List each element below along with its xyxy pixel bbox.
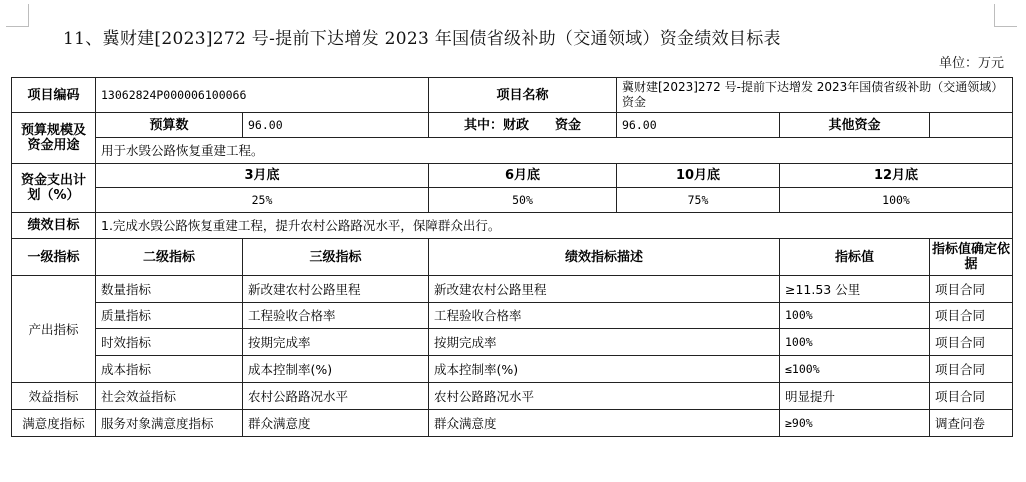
unit-label: 单位：万元 [939,52,1004,71]
goal-label: 绩效目标 [12,213,96,239]
level1-indicator: 产出指标 [12,276,96,383]
project-code-value: 13062824P000006100066 [96,78,429,113]
indicator-basis: 调查问卷 [930,410,1013,437]
indicator-description: 农村公路路况水平 [429,383,780,410]
level3-indicator: 农村公路路况水平 [243,383,429,410]
indicator-description: 新改建农村公路里程 [429,276,780,303]
indicator-row: 效益指标 社会效益指标 农村公路路况水平 农村公路路况水平 明显提升 项目合同 [12,383,1013,410]
level2-indicator: 服务对象满意度指标 [96,410,243,437]
level1-indicator: 效益指标 [12,383,96,410]
indicator-value: 明显提升 [780,383,930,410]
indicator-header-row: 一级指标 二级指标 三级指标 绩效指标描述 指标值 指标值确定依据 [12,239,1013,276]
level3-indicator: 成本控制率(%) [243,356,429,383]
project-name-label: 项目名称 [429,78,617,113]
level2-indicator: 成本指标 [96,356,243,383]
project-name-value: 冀财建[2023]272 号-提前下达增发 2023年国债省级补助（交通领域）资… [617,78,1013,113]
indicator-row: 产出指标 数量指标 新改建农村公路里程 新改建农村公路里程 ≥11.53 公里 … [12,276,1013,303]
level1-indicator: 满意度指标 [12,410,96,437]
indicator-description: 按期完成率 [429,329,780,356]
plan-period-label: 12月底 [780,164,1013,188]
level3-indicator: 按期完成率 [243,329,429,356]
indicator-row: 质量指标 工程验收合格率 工程验收合格率 100% 项目合同 [12,303,1013,329]
level2-indicator: 质量指标 [96,303,243,329]
budget-fiscal-value: 96.00 [617,113,780,138]
plan-section-label: 资金支出计划（%） [12,164,96,213]
indicator-description: 工程验收合格率 [429,303,780,329]
plan-period-value: 100% [780,188,1013,213]
budget-section-label: 预算规模及资金用途 [12,113,96,164]
project-code-label: 项目编码 [12,78,96,113]
header-level3: 三级指标 [243,239,429,276]
indicator-basis: 项目合同 [930,329,1013,356]
header-description: 绩效指标描述 [429,239,780,276]
plan-period-value: 50% [429,188,617,213]
header-level2: 二级指标 [96,239,243,276]
indicator-row: 时效指标 按期完成率 按期完成率 100% 项目合同 [12,329,1013,356]
budget-other-value [930,113,1013,138]
page-corner-mark [6,4,29,27]
indicator-value: 100% [780,329,930,356]
plan-period-label: 6月底 [429,164,617,188]
plan-period-row: 资金支出计划（%） 3月底 6月底 10月底 12月底 [12,164,1013,188]
plan-period-label: 3月底 [96,164,429,188]
budget-fiscal-label: 其中：财政 资金 [429,113,617,138]
page-corner-mark [994,4,1017,27]
plan-period-label: 10月底 [617,164,780,188]
project-info-row: 项目编码 13062824P000006100066 项目名称 冀财建[2023… [12,78,1013,113]
plan-period-value: 75% [617,188,780,213]
level2-indicator: 数量指标 [96,276,243,303]
indicator-value: ≥90% [780,410,930,437]
budget-total-value: 96.00 [243,113,429,138]
header-level1: 一级指标 [12,239,96,276]
level3-indicator: 工程验收合格率 [243,303,429,329]
indicator-row: 满意度指标 服务对象满意度指标 群众满意度 群众满意度 ≥90% 调查问卷 [12,410,1013,437]
document-title: 11、冀财建[2023]272 号-提前下达增发 2023 年国债省级补助（交通… [63,24,781,49]
indicator-value: ≤100% [780,356,930,383]
header-value: 指标值 [780,239,930,276]
indicator-basis: 项目合同 [930,276,1013,303]
budget-other-label: 其他资金 [780,113,930,138]
performance-target-table: 项目编码 13062824P000006100066 项目名称 冀财建[2023… [11,77,1013,437]
goal-row: 绩效目标 1.完成水毁公路恢复重建工程，提升农村公路路况水平，保障群众出行。 [12,213,1013,239]
indicator-basis: 项目合同 [930,356,1013,383]
indicator-basis: 项目合同 [930,303,1013,329]
indicator-value: ≥11.53 公里 [780,276,930,303]
goal-text: 1.完成水毁公路恢复重建工程，提升农村公路路况水平，保障群众出行。 [96,213,1013,239]
indicator-description: 群众满意度 [429,410,780,437]
indicator-basis: 项目合同 [930,383,1013,410]
budget-total-label: 预算数 [96,113,243,138]
indicator-description: 成本控制率(%) [429,356,780,383]
level3-indicator: 群众满意度 [243,410,429,437]
plan-period-value: 25% [96,188,429,213]
indicator-row: 成本指标 成本控制率(%) 成本控制率(%) ≤100% 项目合同 [12,356,1013,383]
level2-indicator: 社会效益指标 [96,383,243,410]
level2-indicator: 时效指标 [96,329,243,356]
indicator-value: 100% [780,303,930,329]
budget-usage-row: 用于水毁公路恢复重建工程。 [12,138,1013,164]
budget-row: 预算规模及资金用途 预算数 96.00 其中：财政 资金 96.00 其他资金 [12,113,1013,138]
plan-value-row: 25% 50% 75% 100% [12,188,1013,213]
level3-indicator: 新改建农村公路里程 [243,276,429,303]
header-basis: 指标值确定依据 [930,239,1013,276]
budget-usage-text: 用于水毁公路恢复重建工程。 [96,138,1013,164]
